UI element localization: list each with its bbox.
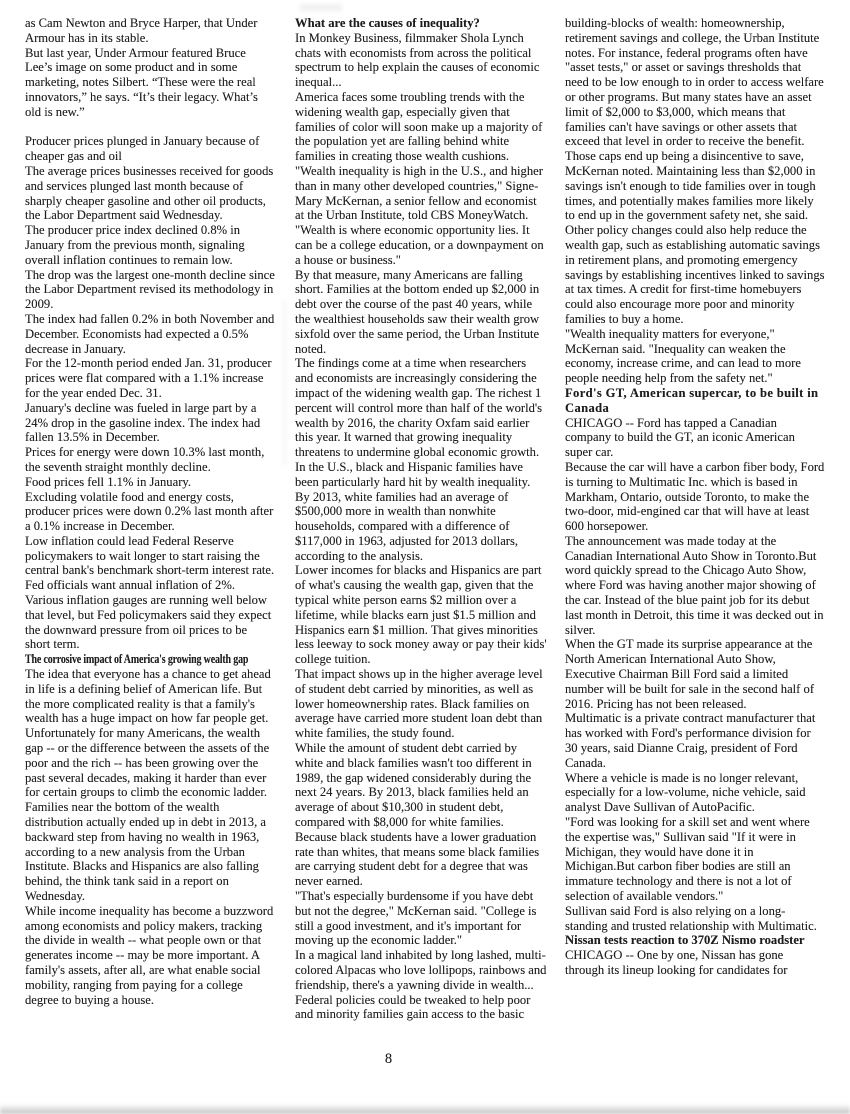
article-paragraph: The announcement was made today at the C… bbox=[565, 534, 825, 638]
scan-artifact bbox=[283, 300, 286, 465]
article-paragraph: "That's especially burdensome if you hav… bbox=[295, 889, 547, 948]
article-paragraph: Low inflation could lead Federal Reserve… bbox=[25, 534, 275, 578]
page-number: 8 bbox=[331, 1051, 446, 1067]
article-paragraph: Producer prices plunged in January becau… bbox=[25, 134, 275, 164]
article-paragraph: The average prices businesses received f… bbox=[25, 164, 275, 223]
article-paragraph: In a magical land inhabited by long lash… bbox=[295, 948, 547, 992]
article-heading: Ford's GT, American supercar, to be buil… bbox=[565, 386, 825, 416]
text-column-middle: What are the causes of inequality?In Mon… bbox=[295, 16, 547, 1022]
article-paragraph: CHICAGO -- Ford has tapped a Canadian co… bbox=[565, 416, 825, 460]
text-column-left: as Cam Newton and Bryce Harper, that Und… bbox=[25, 16, 275, 1007]
article-paragraph: The idea that everyone has a chance to g… bbox=[25, 667, 275, 726]
article-paragraph: January's decline was fueled in large pa… bbox=[25, 401, 275, 445]
article-paragraph: Federal policies could be tweaked to hel… bbox=[295, 993, 547, 1023]
article-paragraph: Because black students have a lower grad… bbox=[295, 830, 547, 889]
scanned-page: 8 as Cam Newton and Bryce Harper, that U… bbox=[0, 0, 850, 1114]
article-paragraph: In Monkey Business, filmmaker Shola Lync… bbox=[295, 31, 547, 90]
article-paragraph: "Wealth inequality is high in the U.S., … bbox=[295, 164, 547, 268]
article-paragraph: Lower incomes for blacks and Hispanics a… bbox=[295, 563, 547, 667]
article-paragraph: Excluding volatile food and energy costs… bbox=[25, 490, 275, 534]
article-paragraph: Other policy changes could also help red… bbox=[565, 223, 825, 327]
article-paragraph: By that measure, many Americans are fall… bbox=[295, 268, 547, 357]
article-paragraph: CHICAGO -- One by one, Nissan has gone t… bbox=[565, 948, 825, 978]
article-paragraph: When the GT made its surprise appearance… bbox=[565, 637, 825, 711]
article-paragraph: The findings come at a time when researc… bbox=[295, 356, 547, 460]
article-paragraph: The drop was the largest one-month decli… bbox=[25, 268, 275, 312]
article-paragraph: Sullivan said Ford is also relying on a … bbox=[565, 904, 825, 934]
text-column-right: building-blocks of wealth: homeownership… bbox=[565, 16, 825, 978]
article-paragraph: Fed officials want annual inflation of 2… bbox=[25, 578, 275, 652]
article-heading: The corrosive impact of America's growin… bbox=[25, 652, 223, 667]
article-paragraph: For the 12-month period ended Jan. 31, p… bbox=[25, 356, 275, 400]
scan-artifact bbox=[300, 4, 342, 11]
article-paragraph: The index had fallen 0.2% in both Novemb… bbox=[25, 312, 275, 356]
article-paragraph: America faces some troubling trends with… bbox=[295, 90, 547, 164]
article-paragraph: While income inequality has become a buz… bbox=[25, 904, 275, 1008]
article-paragraph: That impact shows up in the higher avera… bbox=[295, 667, 547, 741]
article-paragraph: Prices for energy were down 10.3% last m… bbox=[25, 445, 275, 475]
article-paragraph: Those caps end up being a disincentive t… bbox=[565, 149, 825, 223]
scan-artifact-band bbox=[0, 1104, 850, 1114]
article-heading: What are the causes of inequality? bbox=[295, 16, 547, 31]
article-paragraph: "Ford was looking for a skill set and we… bbox=[565, 815, 825, 904]
article-paragraph: as Cam Newton and Bryce Harper, that Und… bbox=[25, 16, 275, 46]
article-paragraph: Unfortunately for many Americans, the we… bbox=[25, 726, 275, 904]
article-paragraph: While the amount of student debt carried… bbox=[295, 741, 547, 830]
article-paragraph: "Wealth inequality matters for everyone,… bbox=[565, 327, 825, 386]
article-paragraph: The producer price index declined 0.8% i… bbox=[25, 223, 275, 267]
article-paragraph: Food prices fell 1.1% in January. bbox=[25, 475, 275, 490]
article-heading: Nissan tests reaction to 370Z Nismo road… bbox=[565, 933, 825, 948]
article-paragraph: In the U.S., black and Hispanic families… bbox=[295, 460, 547, 564]
article-paragraph: Where a vehicle is made is no longer rel… bbox=[565, 771, 825, 815]
article-gap bbox=[25, 120, 275, 135]
article-paragraph: building-blocks of wealth: homeownership… bbox=[565, 16, 825, 149]
article-paragraph: But last year, Under Armour featured Bru… bbox=[25, 46, 275, 120]
article-paragraph: Because the car will have a carbon fiber… bbox=[565, 460, 825, 534]
article-paragraph: Multimatic is a private contract manufac… bbox=[565, 711, 825, 770]
